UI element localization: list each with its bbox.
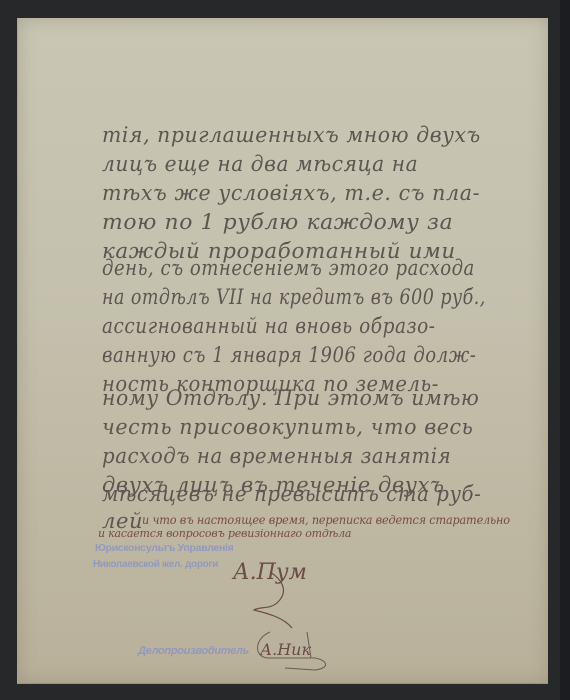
body-line-12: честь присовокупить, что весь [102, 415, 473, 439]
annotation-line-2: и касается вопросовъ ревизіоннаго отдѣла [98, 527, 351, 540]
signature-second-flourish-icon [245, 628, 345, 672]
body-line-11: ному Отдѣлу. При этомъ имѣю [102, 386, 479, 410]
frame-edge [560, 0, 570, 700]
annotation-line-1: и что въ настоящее время, переписка веде… [142, 513, 510, 527]
body-line-1: тія, приглашенныхъ мною двухъ [102, 123, 481, 147]
stamp-line-1: Юрисконсультъ Управленія [95, 542, 233, 554]
body-line-13: расходъ на временныя занятія [102, 444, 451, 468]
body-line-7: на отдѣлъ VII на кредитъ въ 600 руб., [102, 285, 486, 309]
body-line-8: ассигнованный на вновь образо- [102, 314, 436, 338]
stamp-line-2: Николаевской жел. дороги [93, 559, 218, 570]
signature-flourish-icon [240, 570, 330, 630]
body-line-9: ванную съ 1 января 1906 года долж- [102, 343, 476, 367]
body-line-6: день, съ отнесеніемъ этого расхода [102, 256, 475, 280]
body-line-15: мѣсяцевъ не превыситъ ста руб- [102, 482, 481, 506]
stamp-title-clerk: Делопроизводитель [138, 645, 249, 657]
body-line-4: тою по 1 рублю каждому за [102, 210, 453, 234]
body-line-3: тѣхъ же условіяхъ, т.е. съ пла- [102, 181, 480, 205]
body-line-2: лицъ еще на два мѣсяца на [102, 152, 418, 176]
